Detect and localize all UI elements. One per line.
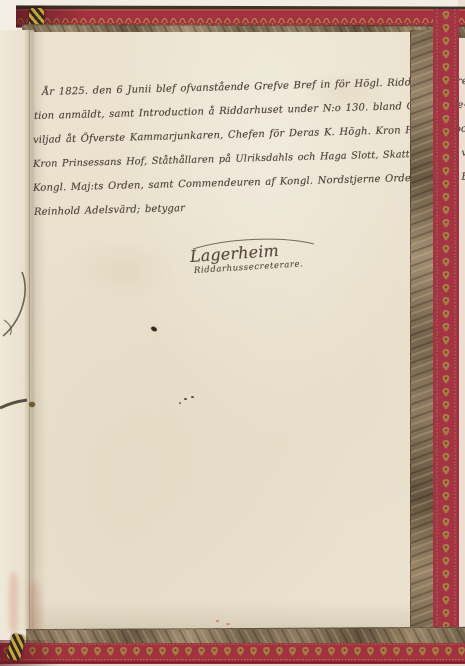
- gilt-fan-pattern-bottom: [0, 643, 465, 664]
- foxing-stain: [70, 240, 180, 300]
- red-speck: [216, 620, 219, 622]
- wax-spot: [29, 402, 35, 407]
- marbled-turnin-right: [410, 30, 435, 643]
- foxing-stain: [300, 70, 390, 116]
- manuscript-page: [30, 32, 412, 631]
- red-pigment-smudge: [28, 582, 41, 634]
- page-bottom-shadow: [30, 600, 412, 630]
- scanned-book-page: År 1825. den 6 Junii blef ofvanstående G…: [0, 0, 465, 666]
- red-speck: [226, 623, 230, 625]
- cover-band-bottom: [0, 643, 465, 664]
- red-pigment-smudge: [9, 572, 18, 634]
- ink-speck: [184, 398, 187, 400]
- cover-band-right: [433, 9, 459, 659]
- scan-background-right: [458, 0, 465, 666]
- ink-speck: [179, 402, 181, 404]
- gilt-fan-pattern-right: [433, 9, 459, 659]
- ink-speck: [191, 396, 194, 398]
